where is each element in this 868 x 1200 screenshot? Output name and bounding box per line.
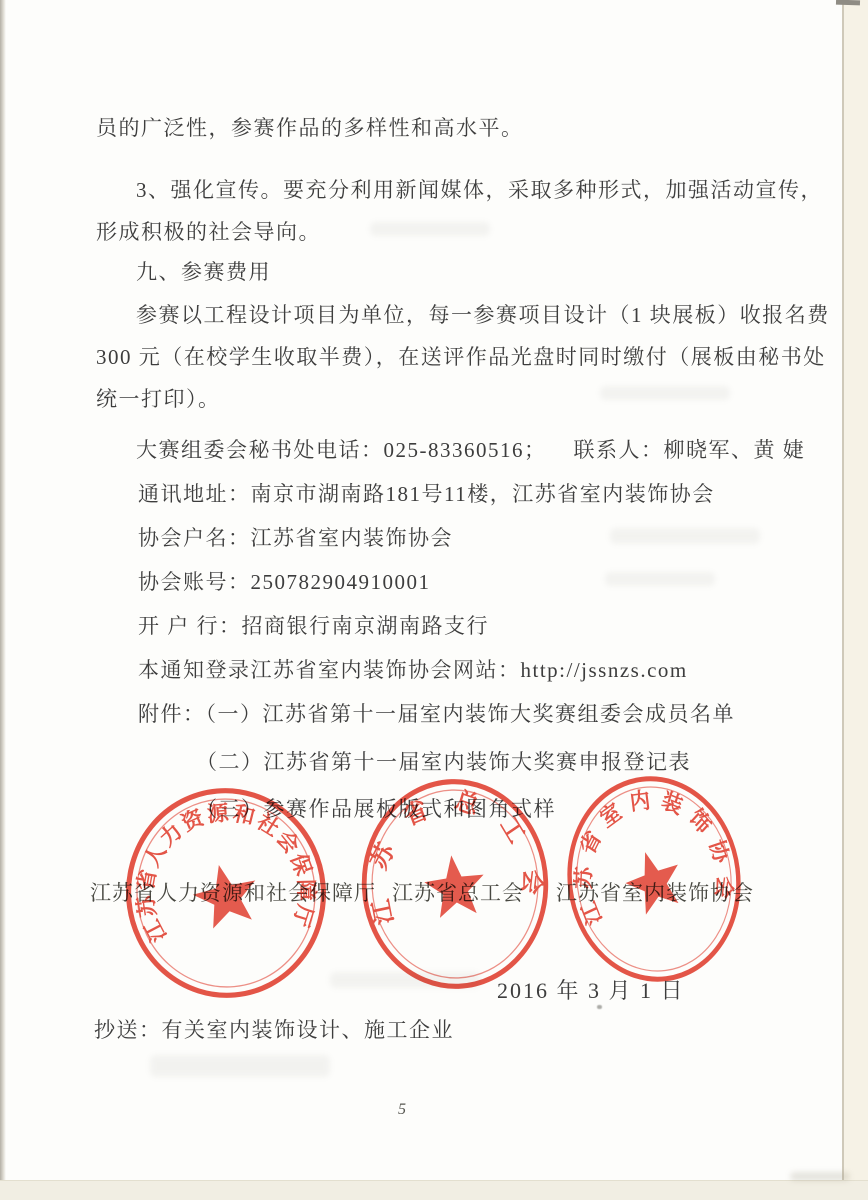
doc-line-section-heading: 九、参赛费用 [136, 256, 271, 286]
seal-text: 江苏省室内装饰协会 [561, 777, 741, 930]
scan-corner-notch [836, 0, 860, 5]
seal-star-icon [188, 858, 264, 931]
official-seal-association: 江苏省室内装饰协会 [553, 764, 755, 994]
doc-line: 参赛以工程设计项目为单位，每一参赛项目设计（1 块展板）收报名费 [136, 299, 830, 329]
scan-bottom-smudge [790, 1172, 850, 1181]
stray-ink-dot [597, 1005, 602, 1009]
bleedthrough-smudge [370, 222, 490, 236]
seal-star-icon [619, 843, 689, 918]
scan-edge-left [0, 0, 6, 1200]
doc-line-phone-contact: 大赛组委会秘书处电话：025-83360516； 联系人：柳晓军、黄 婕 [136, 434, 805, 464]
doc-line-bank: 开 户 行：招商银行南京湖南路支行 [138, 610, 489, 640]
scanned-document-page: 员的广泛性，参赛作品的多样性和高水平。 3、强化宣传。要充分利用新闻媒体，采取多… [0, 0, 868, 1200]
scan-edge-right-strip [844, 0, 868, 1200]
official-seal-hrss: 江苏省人力资源和社会保障厅 [114, 777, 338, 1008]
bleedthrough-smudge [610, 528, 760, 544]
cc-line: 抄送：有关室内装饰设计、施工企业 [94, 1014, 454, 1044]
svg-text:江苏省总工会: 江苏省总工会 [361, 783, 549, 928]
bleedthrough-smudge [600, 386, 730, 400]
doc-line: 形成积极的社会导向。 [96, 216, 321, 246]
doc-line: 统一打印）。 [96, 383, 221, 413]
scan-edge-bottom [0, 1181, 868, 1200]
doc-line-attachment-1: 附件：（一）江苏省第十一届室内装饰大奖赛组委会成员名单 [138, 698, 735, 728]
scan-edge-right-line [842, 0, 844, 1200]
bleedthrough-smudge [605, 572, 715, 586]
doc-line-website: 本通知登录江苏省室内装饰协会网站：http://jssnzs.com [138, 654, 688, 684]
doc-line-address: 通讯地址：南京市湖南路181号11楼，江苏省室内装饰协会 [138, 478, 715, 508]
official-seal-federation: 江苏省总工会 [355, 774, 554, 995]
doc-line-account-name: 协会户名：江苏省室内装饰协会 [138, 522, 453, 552]
svg-text:江苏省室内装饰协会: 江苏省室内装饰协会 [561, 777, 741, 930]
page-number: 5 [398, 1101, 406, 1119]
seal-star-icon [422, 852, 488, 920]
doc-line: 3、强化宣传。要充分利用新闻媒体，采取多种形式，加强活动宣传， [136, 174, 823, 204]
bleedthrough-smudge [150, 1055, 330, 1077]
doc-line-account-number: 协会账号：250782904910001 [138, 566, 431, 596]
seal-text: 江苏省总工会 [361, 783, 549, 928]
doc-line: 员的广泛性，参赛作品的多样性和高水平。 [96, 112, 524, 142]
doc-line-attachment-2: （二）江苏省第十一届室内装饰大奖赛申报登记表 [196, 746, 691, 776]
doc-line: 300 元（在校学生收取半费），在送评作品光盘时同时缴付（展板由秘书处 [96, 341, 826, 371]
